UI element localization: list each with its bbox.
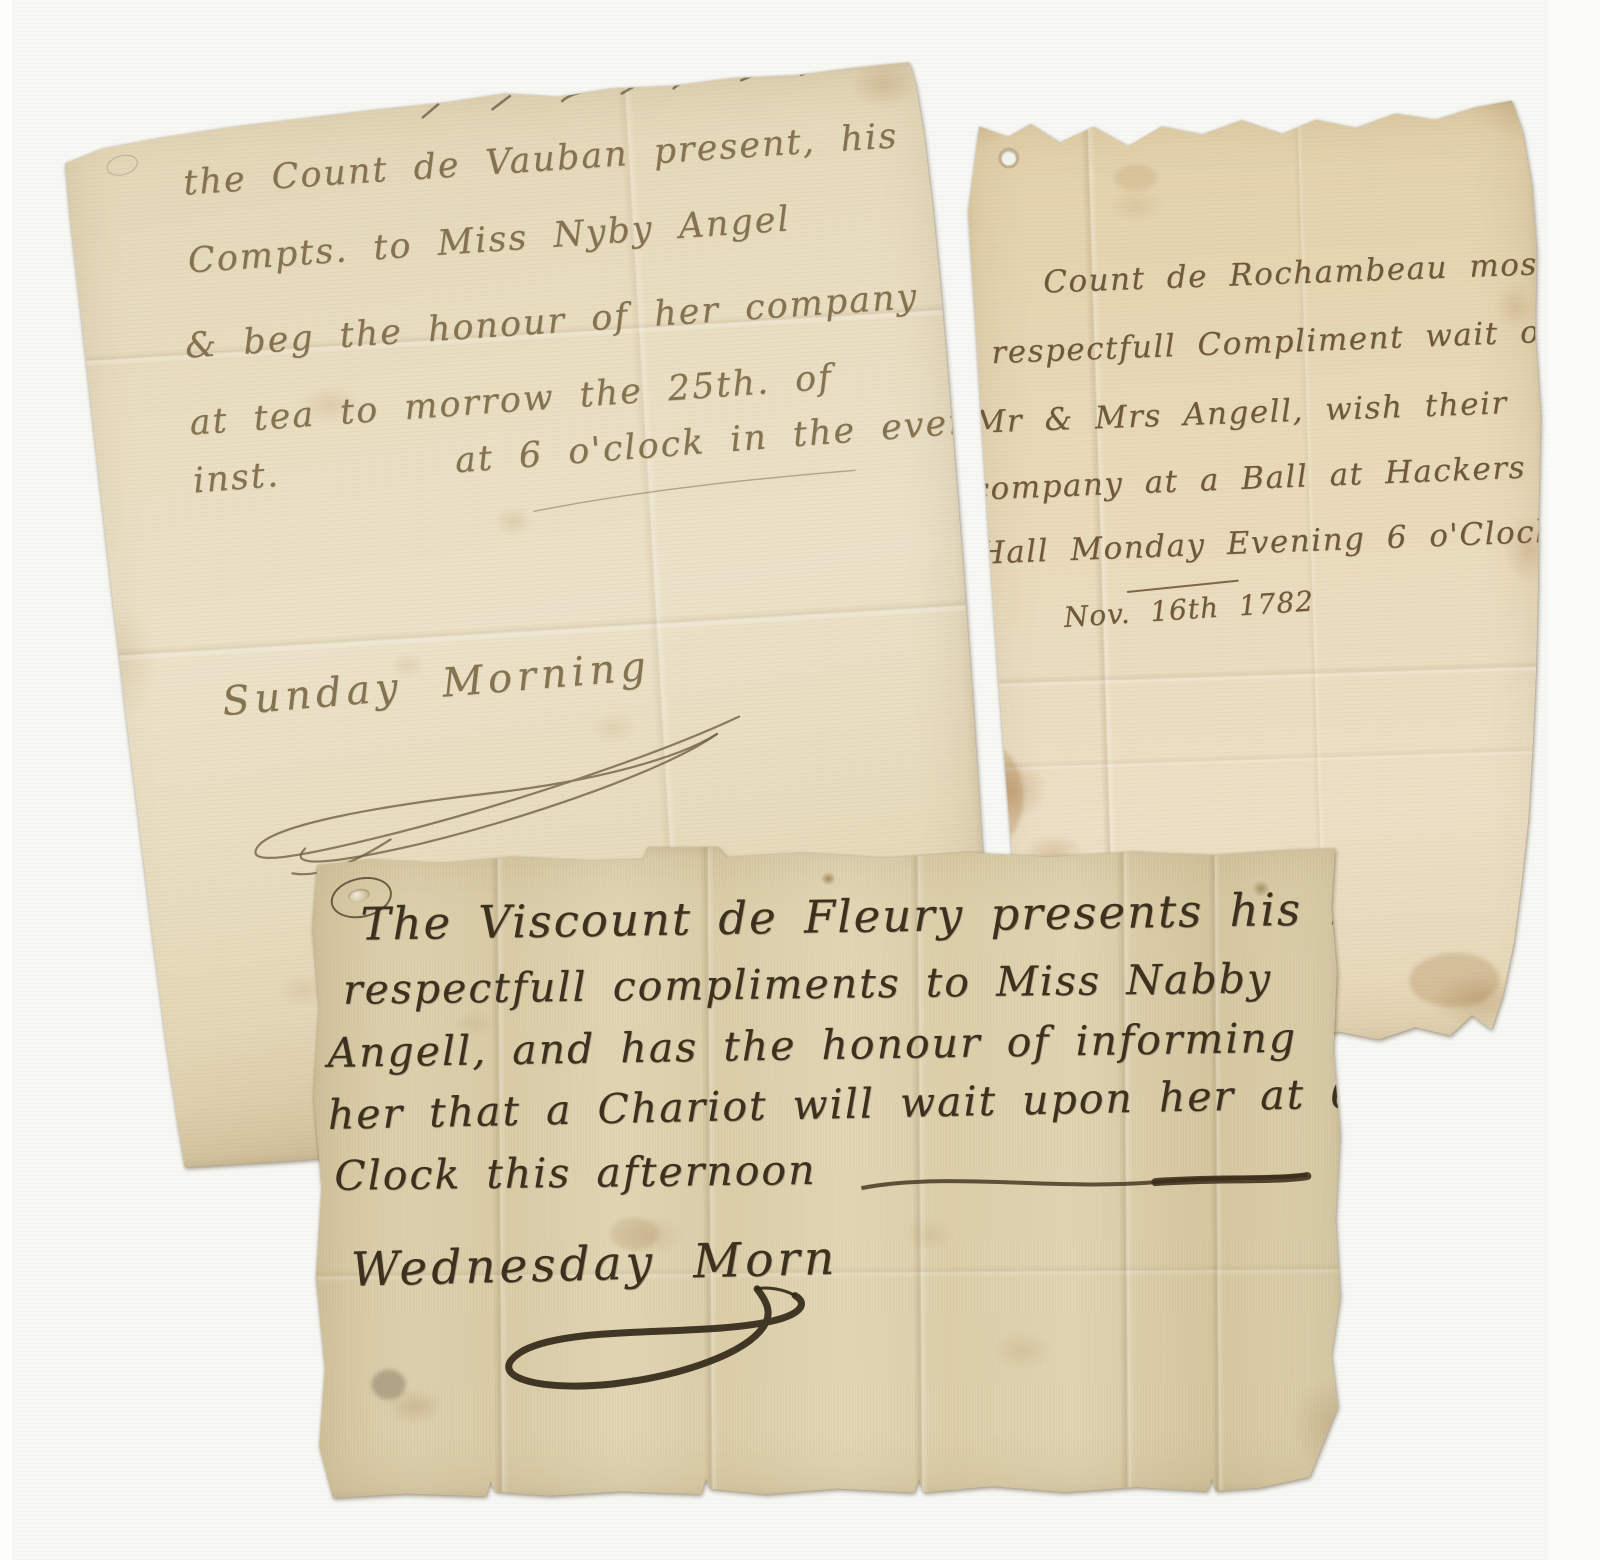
handwriting-line: the Count de Vauban present, his xyxy=(182,116,899,203)
scanned-photo-background: the Count de Vauban present, his Compts.… xyxy=(0,0,1600,1560)
punch-hole xyxy=(1001,150,1016,165)
pen-dash-stroke xyxy=(855,1155,1315,1208)
handwriting-line: Angell, and has the honour of informing xyxy=(327,1014,1297,1077)
handwriting-line: respectfull Compliment wait on xyxy=(991,313,1563,371)
handwriting-line: her that a Chariot will wait upon her at… xyxy=(327,1068,1423,1139)
handwriting-line: Compts. to Miss Nyby Angel xyxy=(187,199,792,281)
fold-crease xyxy=(982,745,1552,773)
handwriting-line: The Viscount de Fleury presents his most xyxy=(360,881,1448,951)
aged-paper-sheet: The Viscount de Fleury presents his most… xyxy=(308,843,1342,1498)
paper-stain xyxy=(1408,952,1500,1009)
fold-crease xyxy=(980,660,1550,690)
handwriting-line: Clock this afternoon xyxy=(334,1146,817,1200)
handwriting-line: Hall Monday Evening 6 o'Clock xyxy=(977,514,1556,572)
handwriting-line: Mr & Mrs Angell, wish their xyxy=(973,385,1508,441)
pen-hairline-stroke xyxy=(530,465,872,521)
handwriting-line: & beg the honour of her company xyxy=(184,277,920,367)
trimmed-writing-remnants xyxy=(411,58,843,125)
paper-stain xyxy=(1114,164,1159,191)
handwriting-line: respectfull compliments to Miss Nabby xyxy=(343,954,1273,1013)
dateline-nov-16-1782: Nov. 16th 1782 xyxy=(1063,584,1315,634)
paper-stain xyxy=(372,1369,406,1399)
embossed-ring-mark xyxy=(104,151,140,179)
handwriting-line: Count de Rochambeau most xyxy=(1043,246,1553,301)
handwriting-line: company at a Ball at Hackers xyxy=(971,450,1527,508)
signature-flourish xyxy=(461,1286,902,1414)
